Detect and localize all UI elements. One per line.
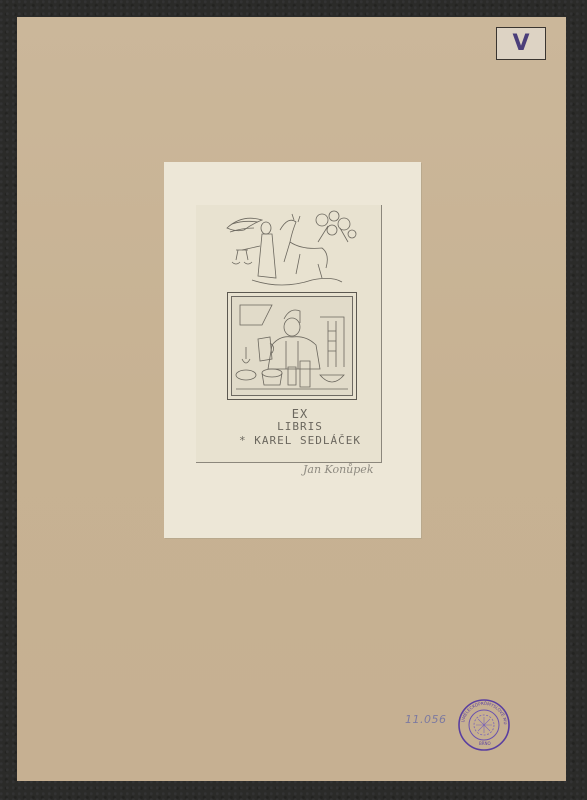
illustration-frame	[227, 292, 357, 400]
svg-text:BRNO: BRNO	[479, 741, 491, 746]
ex-libris-title: EX	[230, 407, 370, 421]
allegory-illustration	[222, 206, 362, 290]
museum-stamp-icon: UMĚLECKOPRŮMYSLOVÉ MUSEUM BRNO	[457, 698, 511, 752]
kitchen-scene-illustration	[231, 296, 353, 396]
artist-signature: Jan Konůpek	[303, 463, 373, 476]
woman-with-jug-drawing	[232, 297, 352, 395]
svg-text:UMĚLECKOPRŮMYSLOVÉ MUSEUM: UMĚLECKOPRŮMYSLOVÉ MUSEUM	[457, 698, 508, 725]
ex-libris-subtitle: LIBRIS	[230, 420, 370, 433]
inventory-number: 11.056	[405, 713, 447, 726]
inventory-mark-box: V	[496, 27, 546, 60]
inventory-mark: V	[512, 33, 529, 55]
owner-name: * KAREL SEDLÁČEK	[230, 434, 370, 447]
